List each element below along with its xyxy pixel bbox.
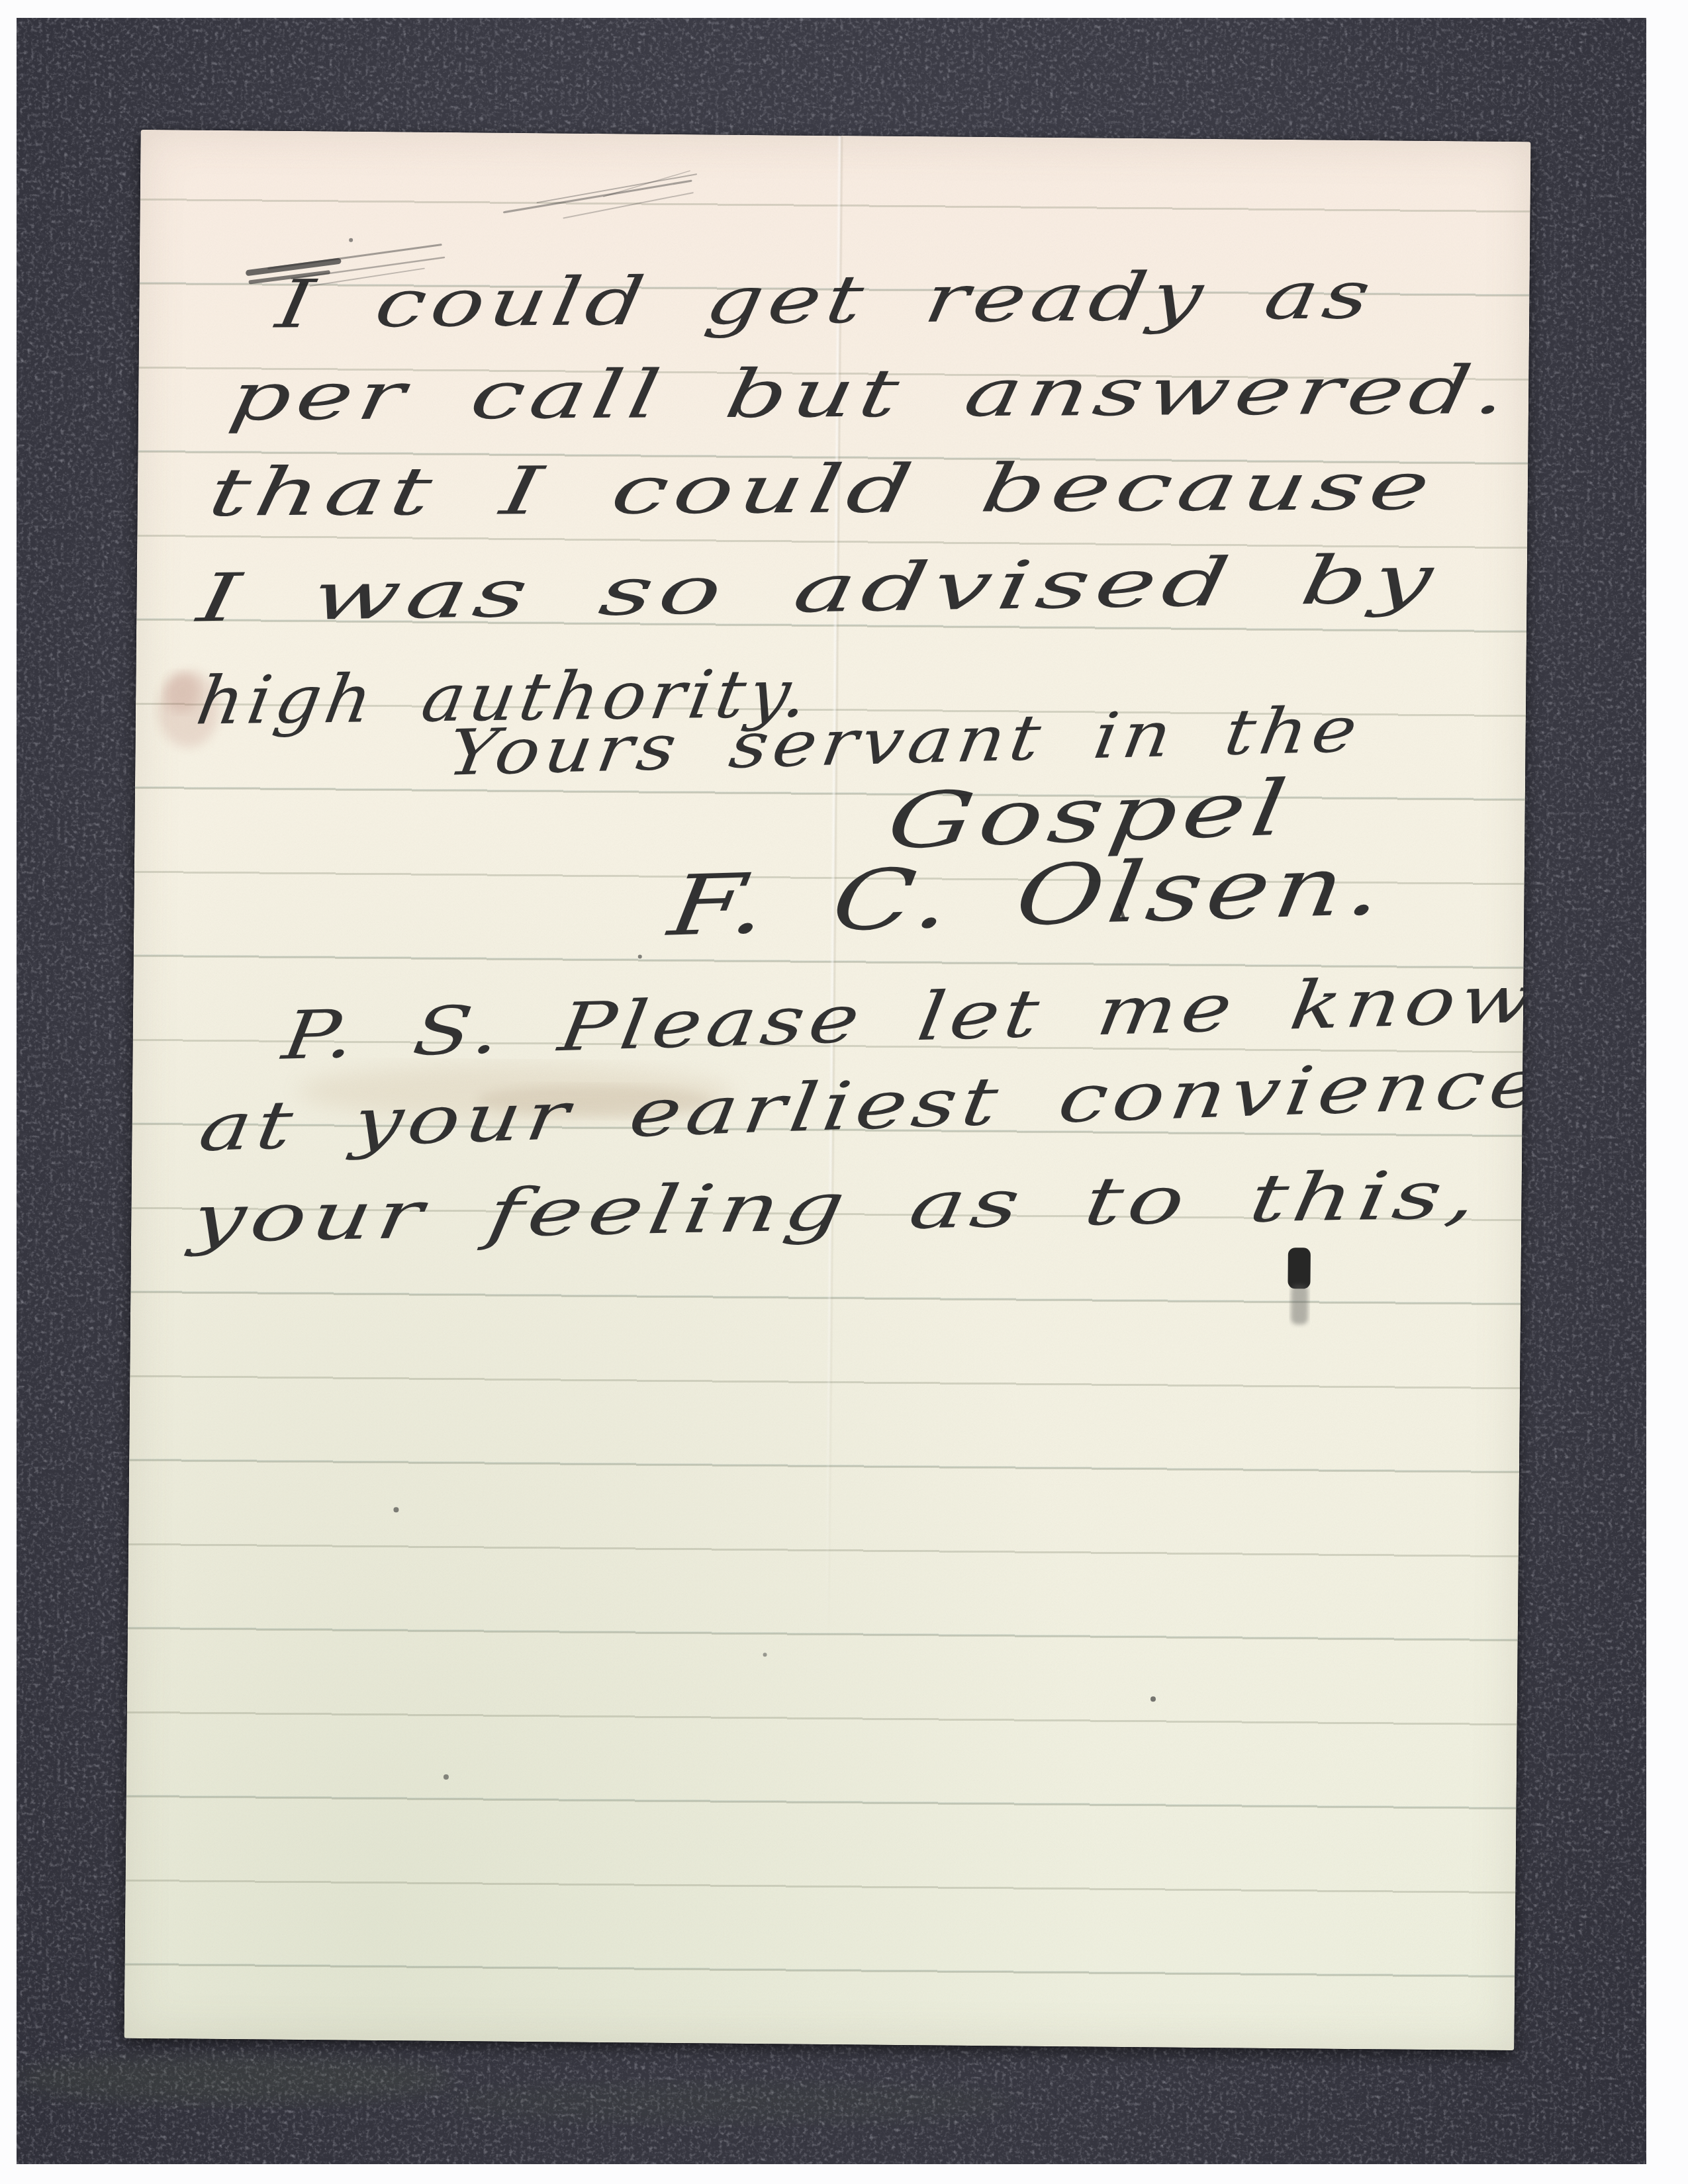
- ink-blot: [1288, 1248, 1311, 1324]
- handwriting-line: that I could because: [203, 448, 1441, 531]
- background-mat: I could get ready as per call but answer…: [17, 18, 1646, 2164]
- letter-page: I could get ready as per call but answer…: [124, 130, 1530, 2050]
- handwriting-line: per call but answered.: [224, 352, 1519, 435]
- scan-white-border: I could get ready as per call but answer…: [0, 0, 1688, 2184]
- handwriting-line: I could get ready as: [271, 257, 1381, 343]
